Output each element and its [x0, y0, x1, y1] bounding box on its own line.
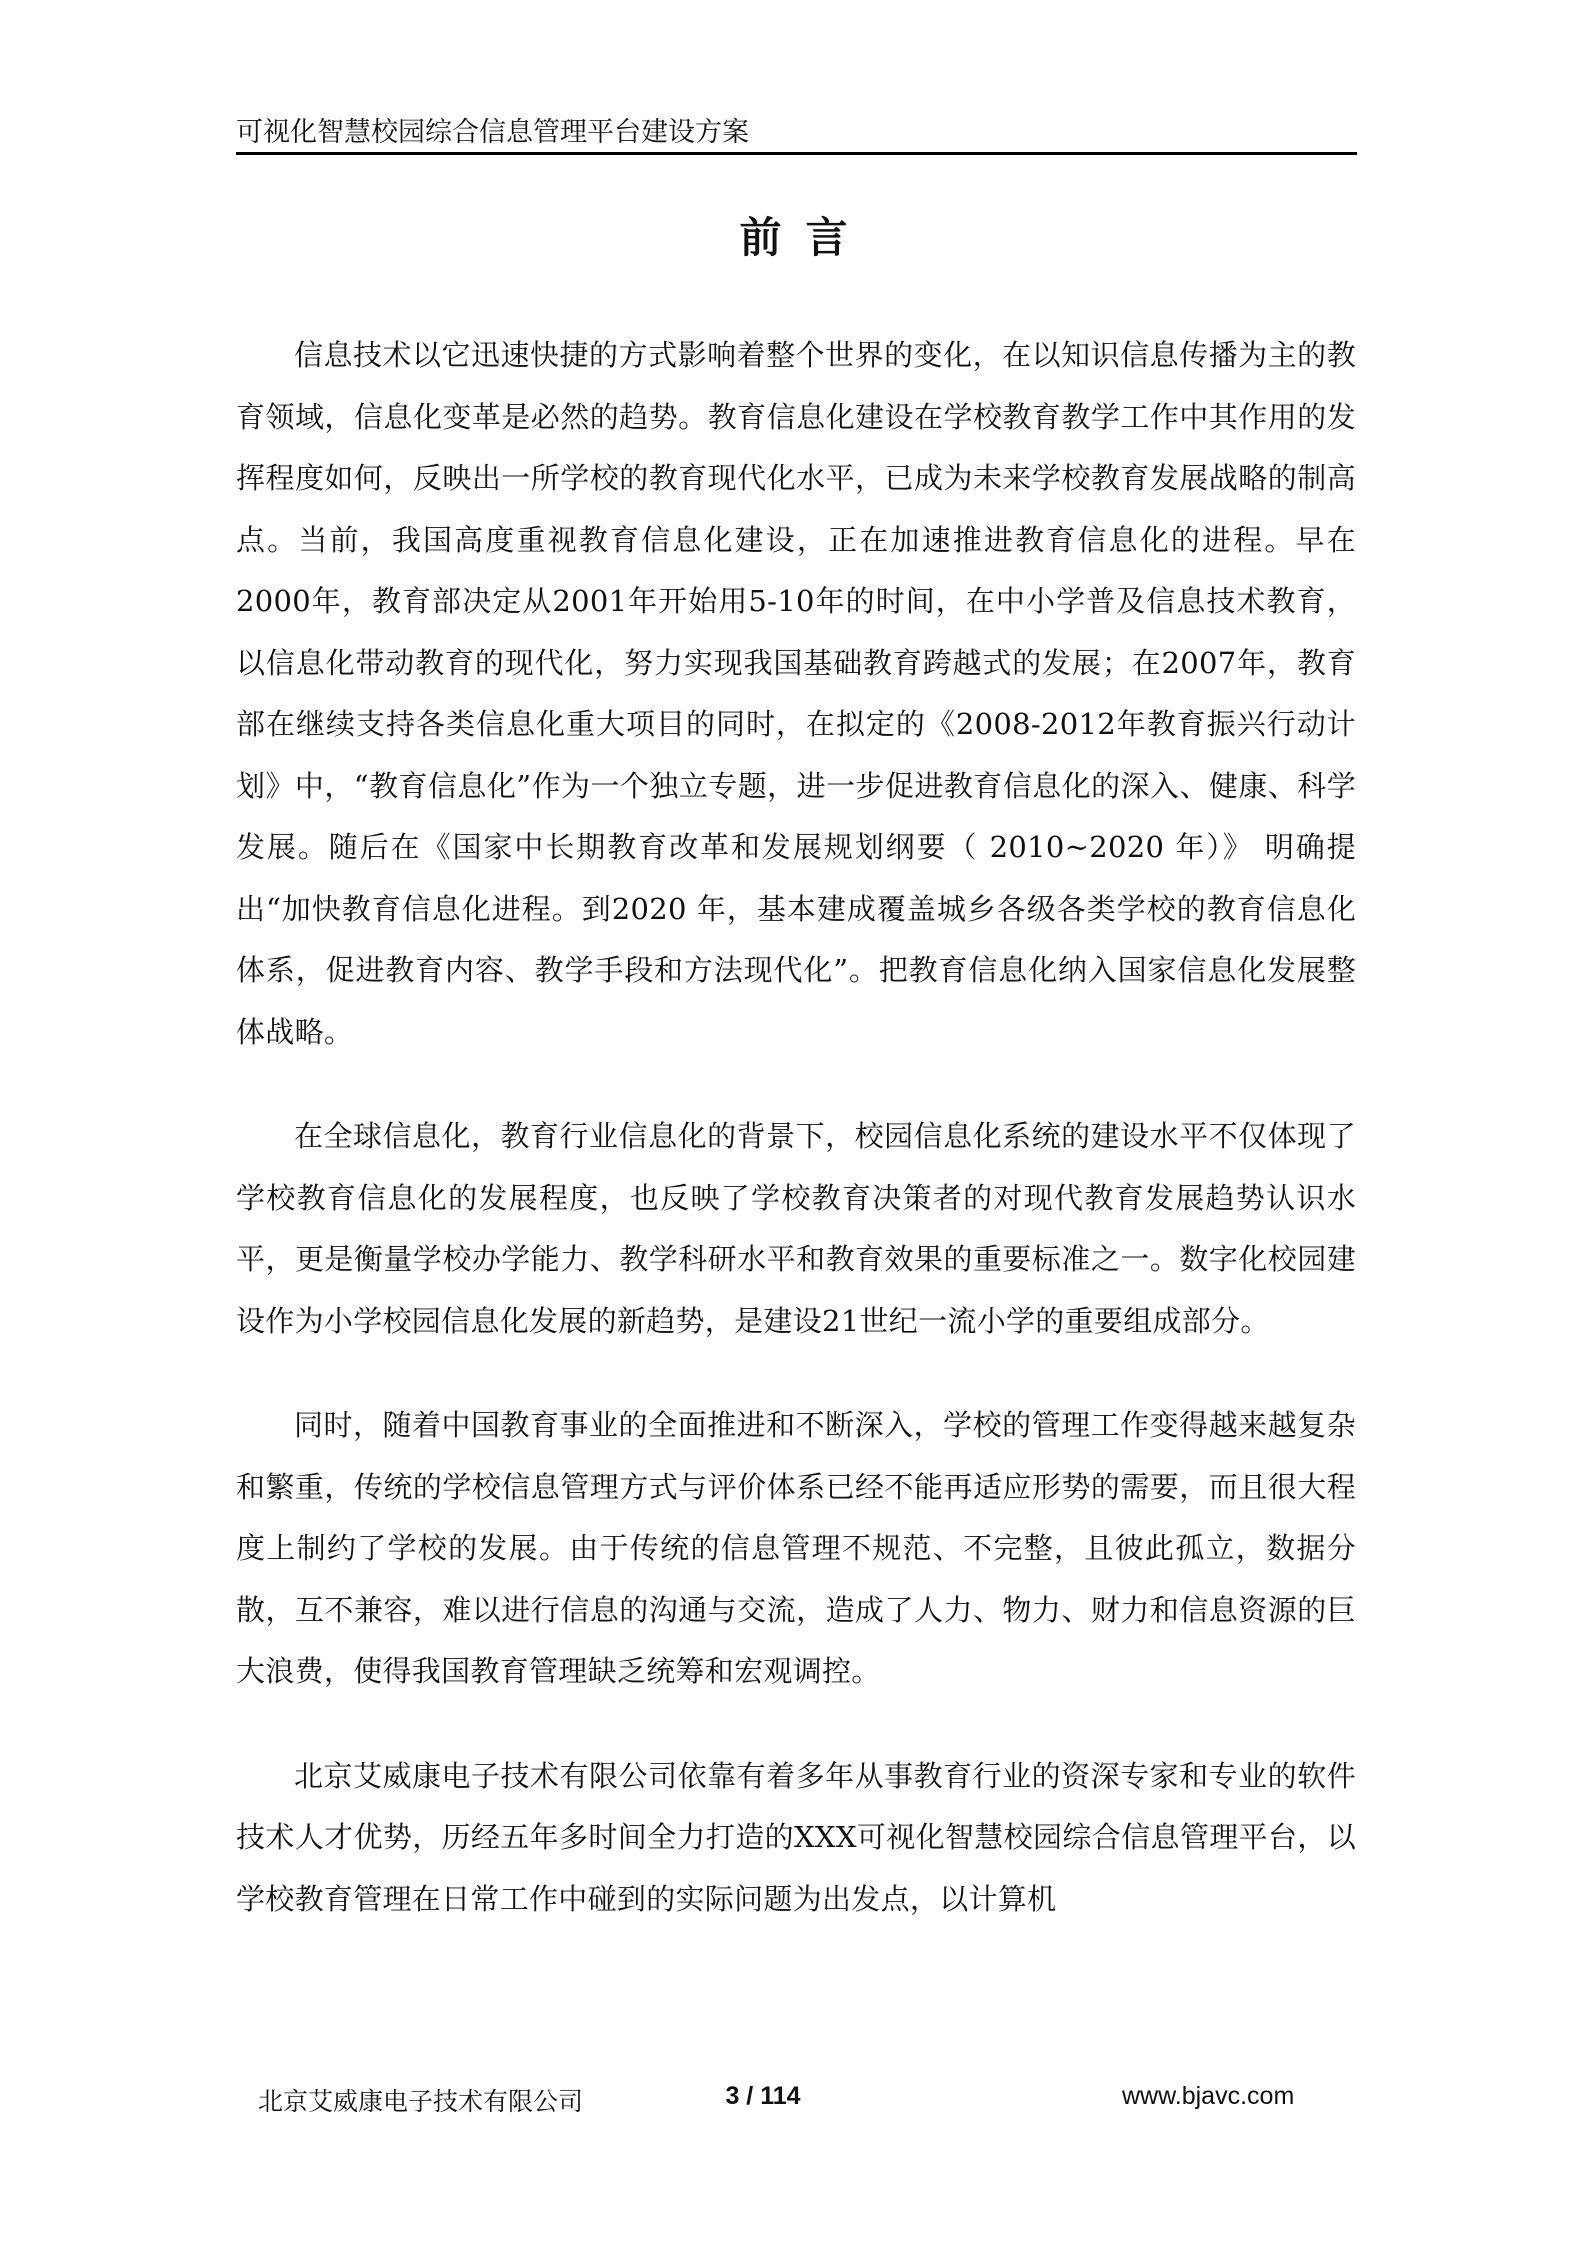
- running-header: 可视化智慧校园综合信息管理平台建设方案: [236, 110, 1356, 149]
- page-number: 3 / 114: [513, 2082, 1013, 2111]
- paragraph-1: 信息技术以它迅速快捷的方式影响着整个世界的变化，在以知识信息传播为主的教育领域，…: [236, 325, 1356, 1063]
- footer-website-link[interactable]: www.bjavc.com: [1122, 2082, 1294, 2111]
- paragraph-3: 同时，随着中国教育事业的全面推进和不断深入，学校的管理工作变得越来越复杂和繁重，…: [236, 1395, 1356, 1703]
- page-footer: 北京艾威康电子技术有限公司 3 / 114 www.bjavc.com: [0, 2082, 1587, 2122]
- paragraph-2: 在全球信息化，教育行业信息化的背景下，校园信息化系统的建设水平不仅体现了学校教育…: [236, 1106, 1356, 1352]
- page-title: 前言: [0, 205, 1587, 265]
- paragraph-4: 北京艾威康电子技术有限公司依靠有着多年从事教育行业的资深专家和专业的软件技术人才…: [236, 1746, 1356, 1931]
- document-page: 可视化智慧校园综合信息管理平台建设方案 前言 信息技术以它迅速快捷的方式影响着整…: [0, 0, 1587, 2245]
- document-body: 信息技术以它迅速快捷的方式影响着整个世界的变化，在以知识信息传播为主的教育领域，…: [236, 325, 1356, 1973]
- header-divider: [236, 152, 1357, 155]
